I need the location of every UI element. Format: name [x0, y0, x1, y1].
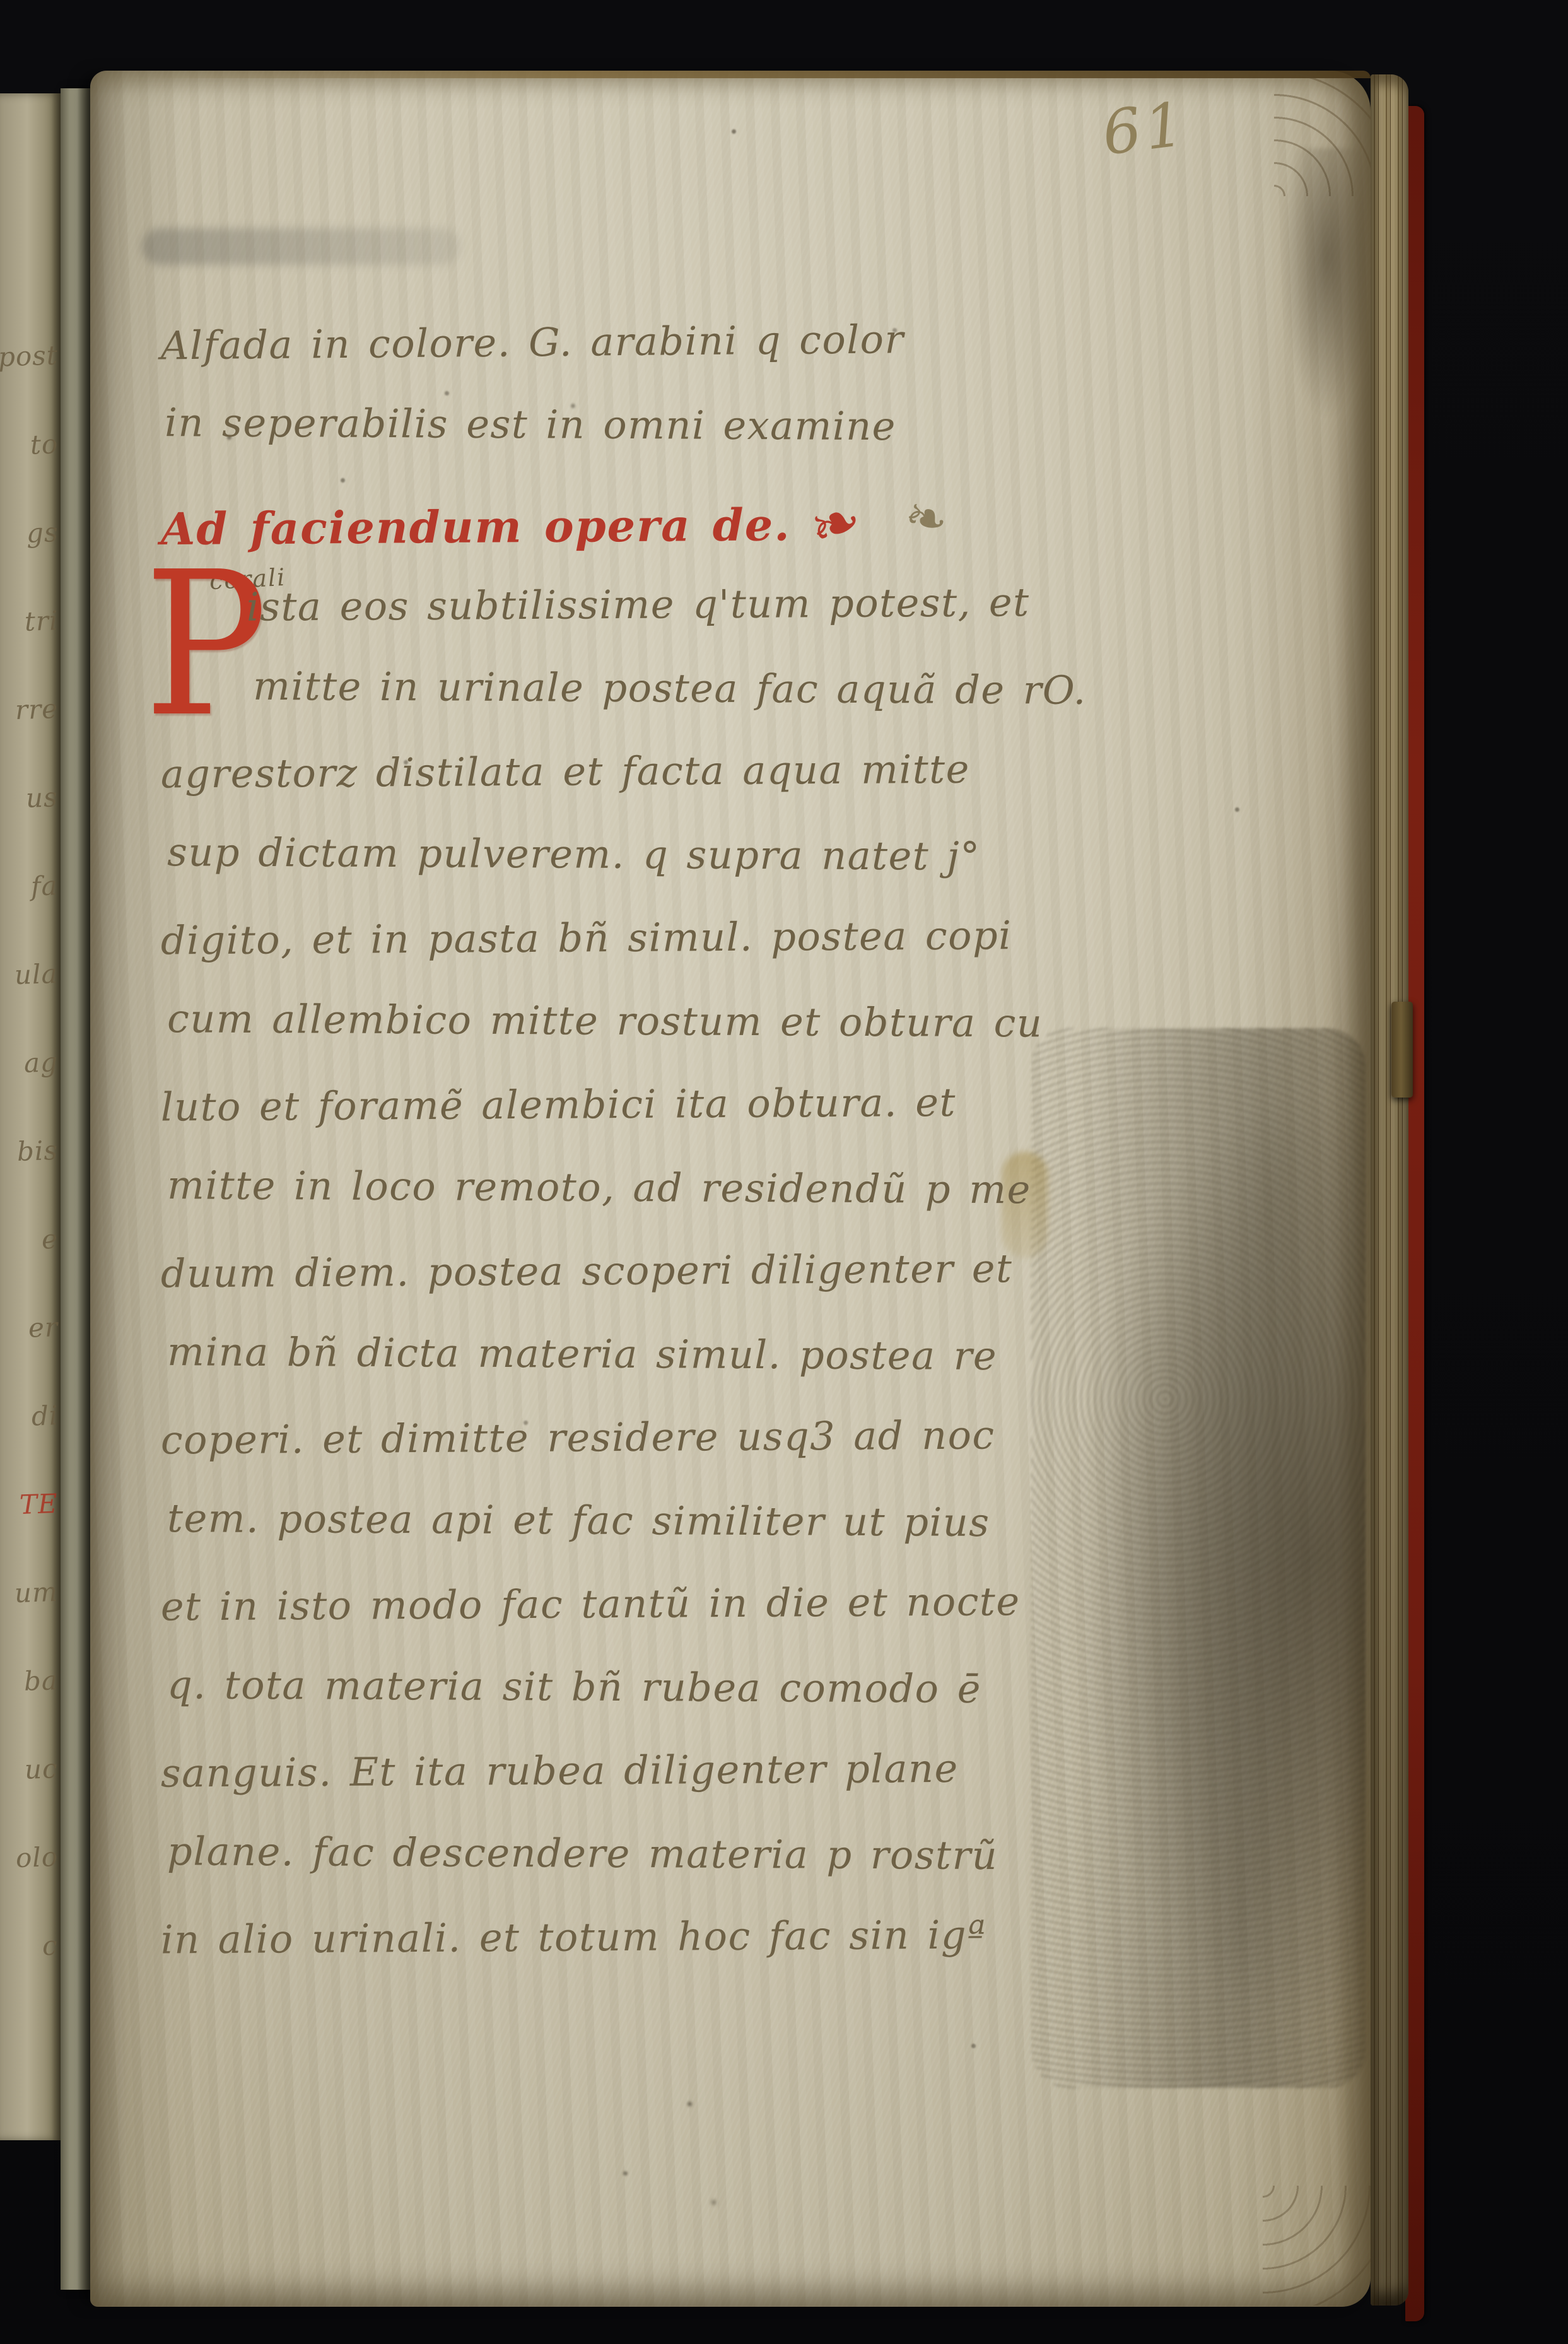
text-line: mina bñ dicta materia simul. postea re: [161, 1328, 1095, 1417]
fore-edge-page-stack: [1371, 74, 1408, 2306]
text-line: tem. postea api et fac similiter ut pius: [161, 1495, 1095, 1583]
facing-page-fragment: ag: [23, 1046, 59, 1079]
text-line: mitte in loco remoto, ad residendũ p me: [161, 1162, 1095, 1250]
ink-speckles: [0, 0, 4, 4]
page-corner-leaf-lines: [1263, 2186, 1371, 2306]
page-gutter-strap: [61, 88, 91, 2290]
text-line: plane. fac descendere materia p rostrũ: [161, 1828, 1095, 1916]
facing-page-fragment: ba: [23, 1665, 59, 1697]
heading-block: Alfada in colore. G. arabini q color in …: [161, 319, 1094, 573]
clasp-remnant: [1391, 1002, 1413, 1098]
text-line: coperi. et dimitte residere usq3 ad noc: [161, 1411, 1095, 1500]
text-line: agrestorz distilata et facta aqua mitte: [161, 745, 1095, 834]
dirt-stain: [1280, 148, 1366, 419]
text-line: luto et foramẽ alembici ita obtura. et: [161, 1078, 1095, 1167]
photo-background: posttogstrirreusfaulaagbiseerdiTEumbauco…: [0, 0, 1568, 2344]
rubric-line: Ad faciendum opera de.❧❧: [161, 482, 1095, 577]
facing-page-fragment: di: [31, 1400, 59, 1431]
facing-page-fragment: c: [42, 1930, 59, 1962]
facing-page-fragment: post: [0, 339, 59, 372]
facing-page-fragment: to: [30, 428, 59, 460]
text-line: sanguis. Et ita rubea diligenter plane: [161, 1744, 1095, 1833]
body-text: ista eos subtilissime q'tum potest, etmi…: [161, 582, 1094, 1997]
text-line: ista eos subtilissime q'tum potest, et: [161, 578, 1095, 667]
text-line: q. tota materia sit bñ rubea comodo ē: [161, 1661, 1095, 1750]
text-line: cum allembico mitte rostum et obtura cu: [161, 995, 1095, 1084]
text-line: in seperabilis est in omni examine: [161, 399, 1095, 488]
facing-page-fragment: ula: [15, 958, 59, 990]
smudge: [142, 228, 460, 265]
red-flourish-icon: ❧: [800, 482, 872, 565]
text-line: in alio urinali. et totum hoc fac sin ig…: [161, 1911, 1095, 2000]
facing-page-fragment: TE: [19, 1488, 58, 1520]
text-line: duum diem. postea scoperi diligenter et: [161, 1245, 1095, 1333]
facing-page-fragment: olo: [15, 1841, 59, 1873]
facing-page-fragment: uc: [25, 1753, 59, 1785]
text-line: mitte in urinale postea fac aquã de rO.: [161, 662, 1095, 751]
facing-page-fragment: er: [28, 1311, 59, 1344]
folio-number: 61: [1099, 88, 1191, 169]
text-line: digito, et in pasta bñ simul. postea cop…: [161, 911, 1095, 1000]
facing-page-fragment: bis: [16, 1135, 59, 1167]
facing-page-fragment: fa: [31, 870, 59, 901]
facing-page-fragment: e: [41, 1224, 59, 1255]
text-line: et in isto modo fac tantũ in die et noct…: [161, 1578, 1095, 1667]
facing-page-fragment: um: [14, 1576, 59, 1609]
facing-page-fragment: gs: [26, 517, 59, 549]
brown-flourish-icon: ❧: [899, 484, 955, 552]
text-line: sup dictam pulverem. q supra natet j°: [161, 829, 1095, 917]
facing-page-sliver: posttogstrirreusfaulaagbiseerdiTEumbauco…: [0, 93, 61, 2140]
facing-page-fragment: rre: [15, 693, 59, 725]
facing-page-fragment: tri: [24, 605, 59, 637]
text-line: Alfada in colore. G. arabini q color: [160, 315, 1094, 406]
facing-page-fragment: us: [26, 782, 59, 814]
